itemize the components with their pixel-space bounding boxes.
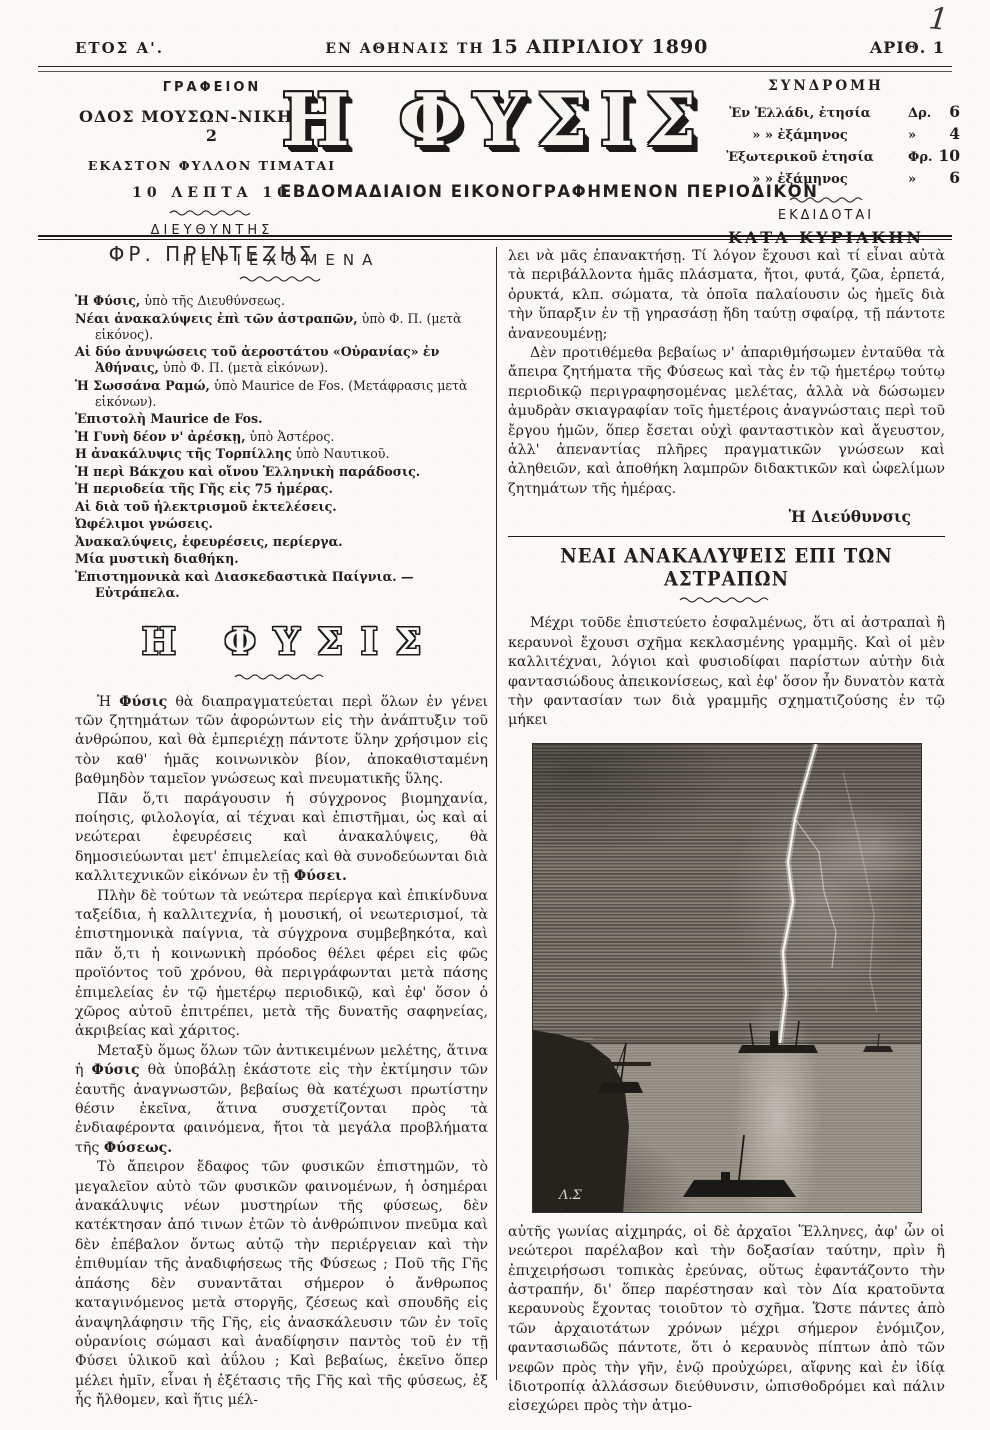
- paragraph: Δὲν προτιθέμεθα βεβαίως ν' ἀπαριθμήσωμεν…: [508, 344, 945, 499]
- masthead-rule: [38, 235, 952, 240]
- contents-item: Ἀνακαλύψεις, ἐφευρέσεις, περίεργα.: [75, 534, 488, 550]
- contents-list: Ἡ Φύσις, ὑπὸ τῆς Διευθύνσεως. Νέαι ἀνακα…: [75, 293, 488, 601]
- subscription-rates: Ἐν Ἑλλάδι, ἐτησία Δρ. 6 » » ἐξάμηνος » 4…: [692, 102, 960, 190]
- rate-currency: »: [908, 126, 938, 146]
- second-article-continuation: αὐτῆς γωνίας αἰχμηράς, οἱ δὲ ἀρχαῖοι Ἕλλ…: [508, 1223, 945, 1417]
- squiggle-divider: [789, 196, 863, 204]
- rate-currency: Δρ.: [908, 104, 938, 124]
- contents-item-title: Αἱ διὰ τοῦ ἠλεκτρισμοῦ ἐκτελέσεις.: [75, 499, 337, 514]
- squiggle-divider: [234, 673, 330, 681]
- second-article-heading: ΝΕΑΙ ΑΝΑΚΑΛΥΨΕΙΣ ΕΠΙ ΤΩΝ ΑΣΤΡΑΠΩΝ: [508, 546, 945, 591]
- paragraph: αὐτῆς γωνίας αἰχμηράς, οἱ δὲ ἀρχαῖοι Ἕλλ…: [508, 1223, 945, 1417]
- rate-price: 6: [938, 168, 960, 188]
- issue-number: ΑΡΙΘ. 1: [870, 38, 945, 57]
- rate-price: 6: [938, 102, 960, 122]
- rate-area: Ἐξωτερικοῦ ἐτησία: [692, 148, 908, 168]
- rate-currency: »: [908, 170, 938, 190]
- newspaper-page: 1 ΕΤΟΣ Α'. ΕΝ ΑΘΗΝΑΙΣ ΤΗ 15 ΑΠΡΙΛΙΟΥ 189…: [0, 0, 990, 1430]
- subscription-rate-row: » » ἐξάμηνος » 6: [692, 168, 960, 190]
- dateline-date: 15 ΑΠΡΙΛΙΟΥ 1890: [490, 36, 708, 58]
- engraving-monogram: Λ.Σ: [558, 1188, 583, 1203]
- subscription-block: ΣΥΝΔΡΟΜΗ Ἐν Ἑλλάδι, ἐτησία Δρ. 6 » » ἐξά…: [692, 78, 960, 247]
- editorial-signature: Ἡ Διεύθυνσις: [508, 507, 945, 526]
- contents-heading: ΠΕΡΙΕΧΟΜΕΝΑ: [75, 251, 488, 269]
- contents-item-title: Ἡ περιοδεία τῆς Γῆς εἰς 75 ἡμέρας.: [75, 481, 333, 496]
- subscription-label: ΣΥΝΔΡΟΜΗ: [692, 78, 960, 94]
- contents-item-title: Ἡ περὶ Βάκχου καὶ οἴνου Ἑλληνικὴ παράδοσ…: [75, 464, 420, 479]
- rate-price: 4: [938, 124, 960, 144]
- contents-item-detail: ὑπὸ Ναυτικοῦ.: [292, 446, 390, 461]
- squiggle-divider: [169, 209, 255, 217]
- dateline: ΕΝ ΑΘΗΝΑΙΣ ΤΗ 15 ΑΠΡΙΛΙΟΥ 1890: [164, 36, 870, 58]
- engraving-detail-art: Λ.Σ: [533, 744, 922, 1213]
- contents-item-title: Μία μυστικὴ διαθήκη.: [75, 551, 239, 566]
- contents-item: Ἐπιστολὴ Maurice de Fos.: [75, 411, 488, 427]
- dateline-place: ΕΝ ΑΘΗΝΑΙΣ ΤΗ: [325, 41, 484, 57]
- subscription-rate-row: Ἐν Ἑλλάδι, ἐτησία Δρ. 6: [692, 102, 960, 124]
- subscription-rate-row: Ἐξωτερικοῦ ἐτησία Φρ. 10: [692, 146, 960, 168]
- paragraph: Πᾶν ὅ,τι παράγουσιν ἡ σύγχρονος βιομηχαν…: [75, 790, 488, 887]
- publication-subtitle: ΕΒΔΟΜΑΔΙΑΙΟΝ ΕΙΚΟΝΟΓΡΑΦΗΜΕΝΟΝ ΠΕΡΙΟΔΙΚΟΝ: [280, 182, 710, 201]
- rate-price: 10: [938, 146, 960, 166]
- contents-item-title: Ἐπιστολὴ Maurice de Fos.: [75, 411, 262, 426]
- publication-title: Η ΦΥΣΙΣ: [280, 84, 710, 156]
- contents-item-detail: ὑπὸ Φ. Π. (μετὰ εἰκόνων).: [159, 360, 328, 375]
- paragraph: Μεταξὺ ὅμως ὅλων τῶν ἀντικειμένων μελέτη…: [75, 1042, 488, 1158]
- contents-item: Μία μυστικὴ διαθήκη.: [75, 551, 488, 567]
- contents-item: Αἱ διὰ τοῦ ἠλεκτρισμοῦ ἐκτελέσεις.: [75, 499, 488, 515]
- contents-item: Ἐπιστημονικὰ καὶ Διασκεδαστικὰ Παίγνια. …: [75, 569, 488, 601]
- contents-item: Ἡ Φύσις, ὑπὸ τῆς Διευθύνσεως.: [75, 293, 488, 309]
- contents-item-detail: ὑπὸ τῆς Διευθύνσεως.: [140, 293, 285, 308]
- contents-item-title: Ὠφέλιμοι γνώσεις.: [75, 516, 213, 531]
- paragraph: Μέχρι τοῦδε ἐπιστεύετο ἐσφαλμένως, ὅτι α…: [508, 614, 945, 730]
- rate-currency: Φρ.: [908, 148, 938, 168]
- paragraph: Τὸ ἄπειρον ἔδαφος τῶν φυσικῶν ἐπιστημῶν,…: [75, 1158, 488, 1410]
- paragraph: Πλὴν δὲ τούτων τὰ νεώτερα περίεργα καὶ ἐ…: [75, 887, 488, 1042]
- contents-item-title: Ἡ Φύσις,: [75, 293, 140, 308]
- lead-article-continuation: λει νὰ μᾶς ἐπανακτήσῃ. Τί λόγον ἔχουσι κ…: [508, 247, 945, 499]
- article-separator-rule: [508, 536, 945, 537]
- paragraph: λει νὰ μᾶς ἐπανακτήσῃ. Τί λόγον ἔχουσι κ…: [508, 247, 945, 344]
- contents-item: Ὠφέλιμοι γνώσεις.: [75, 516, 488, 532]
- contents-item: Αἱ δύο ἀνυψώσεις τοῦ ἀεροστάτου «Οὐρανία…: [75, 344, 488, 376]
- left-column: ΠΕΡΙΕΧΟΜΕΝΑ Ἡ Φύσις, ὑπὸ τῆς Διευθύνσεως…: [75, 247, 496, 1380]
- contents-item-title: Ἀνακαλύψεις, ἐφευρέσεις, περίεργα.: [75, 534, 343, 549]
- lightning-over-sea-engraving: Λ.Σ: [532, 743, 922, 1213]
- contents-item: Ἡ περιοδεία τῆς Γῆς εἰς 75 ἡμέρας.: [75, 481, 488, 497]
- squiggle-divider: [239, 275, 325, 283]
- handwritten-page-number: 1: [927, 1, 950, 38]
- contents-item: Νέαι ἀνακαλύψεις ἐπὶ τῶν ἀστραπῶν, ὑπὸ Φ…: [75, 311, 488, 343]
- masthead-title-block: Η ΦΥΣΙΣ ΕΒΔΟΜΑΔΙΑΙΟΝ ΕΙΚΟΝΟΓΡΑΦΗΜΕΝΟΝ ΠΕ…: [280, 84, 710, 201]
- contents-item-title: Ἡ Γυνὴ δέον ν' ἀρέσκῃ,: [75, 429, 246, 444]
- rate-area: Ἐν Ἑλλάδι, ἐτησία: [692, 104, 908, 124]
- squiggle-divider: [679, 596, 775, 604]
- contents-item-title: Η ἀνακάλυψις τῆς Τορπίλλης: [75, 446, 292, 461]
- contents-item-title: Νέαι ἀνακαλύψεις ἐπὶ τῶν ἀστραπῶν,: [75, 311, 358, 326]
- contents-item: Ἡ Σωσσάνα Ραμώ, ὑπὸ Maurice de Fos. (Μετ…: [75, 378, 488, 410]
- subscription-rate-row: » » ἐξάμηνος » 4: [692, 124, 960, 146]
- contents-item-title: Ἐπιστημονικὰ καὶ Διασκεδαστικὰ Παίγνια. …: [75, 569, 414, 600]
- rate-area: » » ἐξάμηνος: [692, 170, 908, 190]
- contents-item: Ἡ Γυνὴ δέον ν' ἀρέσκῃ, ὑπὸ Ἀστέρος.: [75, 429, 488, 445]
- lead-article-heading: Η ΦΥΣΙΣ: [75, 621, 488, 663]
- top-rule: [38, 66, 952, 72]
- lead-article-body: Ἡ Φύσις θὰ διαπραγματεύεται περὶ ὅλων ἐν…: [75, 693, 488, 1411]
- right-column: λει νὰ μᾶς ἐπανακτήσῃ. Τί λόγον ἔχουσι κ…: [497, 247, 945, 1380]
- issued-label: ΕΚΔΙΔΟΤΑΙ: [692, 208, 960, 223]
- volume-year: ΕΤΟΣ Α'.: [75, 39, 164, 57]
- masthead-dateline-row: ΕΤΟΣ Α'. ΕΝ ΑΘΗΝΑΙΣ ΤΗ 15 ΑΠΡΙΛΙΟΥ 1890 …: [75, 36, 945, 58]
- column-layout: ΠΕΡΙΕΧΟΜΕΝΑ Ἡ Φύσις, ὑπὸ τῆς Διευθύνσεως…: [75, 247, 945, 1380]
- contents-item-detail: ὑπὸ Ἀστέρος.: [246, 429, 335, 444]
- contents-item: Ἡ περὶ Βάκχου καὶ οἴνου Ἑλληνικὴ παράδοσ…: [75, 464, 488, 480]
- paragraph: Ἡ Φύσις θὰ διαπραγματεύεται περὶ ὅλων ἐν…: [75, 693, 488, 790]
- rate-area: » » ἐξάμηνος: [692, 126, 908, 146]
- contents-item-title: Ἡ Σωσσάνα Ραμώ,: [75, 378, 210, 393]
- contents-item: Η ἀνακάλυψις τῆς Τορπίλλης ὑπὸ Ναυτικοῦ.: [75, 446, 488, 462]
